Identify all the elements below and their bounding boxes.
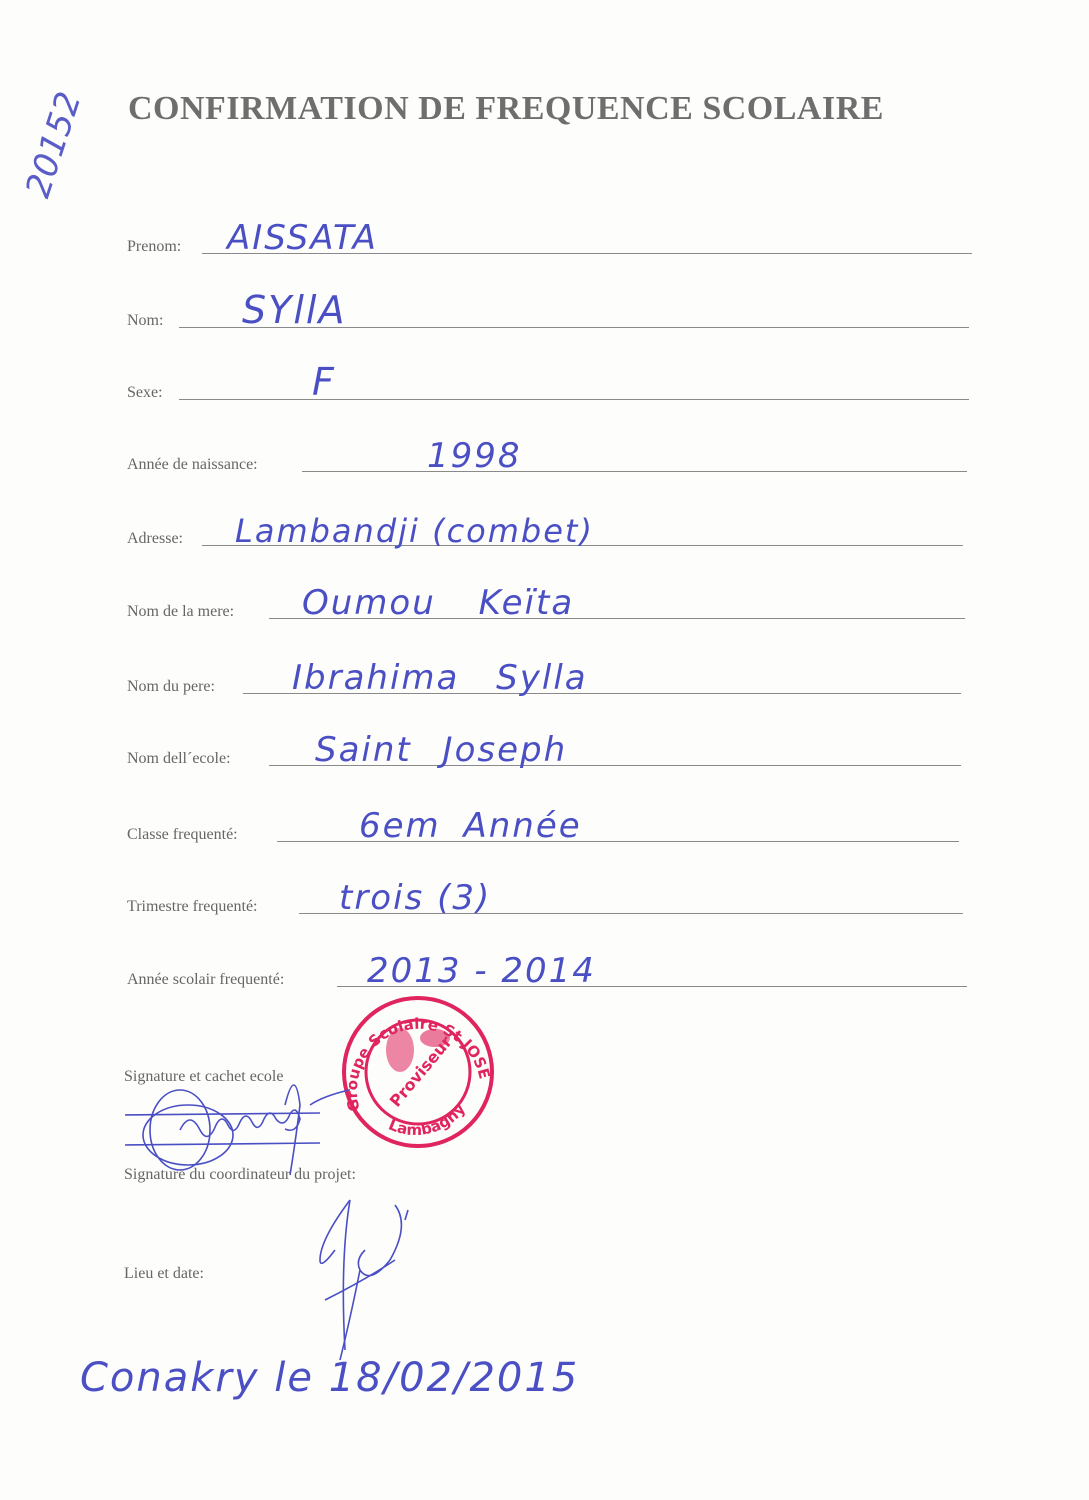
reference-number: 20152	[18, 87, 89, 202]
coordinator-signature	[285, 1190, 435, 1370]
field-value: Saint Joseph	[315, 730, 567, 770]
school-signature	[120, 1075, 350, 1185]
field-line	[179, 399, 969, 400]
field-label: Sexe:	[127, 384, 163, 402]
field-value: Ibrahima Sylla	[292, 658, 588, 698]
school-stamp: Groupe Scolaire St JOSEPH Lambagny Provi…	[330, 990, 500, 1150]
field-label: Nom:	[127, 312, 163, 330]
field-sexe: Sexe: F	[127, 368, 969, 408]
field-adresse: Adresse: Lambandji (combet)	[127, 514, 963, 554]
field-annee-scolaire: Année scolair frequenté: 2013 - 2014	[127, 955, 967, 995]
field-label: Trimestre frequenté:	[127, 898, 257, 916]
place-date-label: Lieu et date:	[124, 1265, 204, 1283]
field-value: SYllA	[242, 288, 346, 332]
field-value: F	[312, 360, 336, 404]
field-label: Prenom:	[127, 238, 181, 256]
field-value: Oumou Keïta	[302, 583, 574, 623]
document-page: 20152 CONFIRMATION DE FREQUENCE SCOLAIRE…	[0, 0, 1089, 1500]
field-value: AISSATA	[227, 218, 378, 258]
field-label: Classe frequenté:	[127, 826, 238, 844]
field-trimestre: Trimestre frequenté: trois (3)	[127, 882, 963, 922]
field-label: Nom de la mere:	[127, 603, 234, 621]
field-value: trois (3)	[339, 878, 491, 918]
field-line	[302, 471, 967, 472]
field-nom-mere: Nom de la mere: Oumou Keïta	[127, 587, 965, 627]
field-nom-pere: Nom du pere: Ibrahima Sylla	[127, 662, 961, 702]
field-classe: Classe frequenté: 6em Année	[127, 810, 959, 850]
field-annee-naissance: Année de naissance: 1998	[127, 440, 967, 480]
field-label: Année de naissance:	[127, 456, 258, 474]
field-label: Nom dell´ecole:	[127, 750, 231, 768]
field-value: 1998	[427, 436, 522, 476]
field-value: 2013 - 2014	[367, 951, 596, 991]
field-prenom: Prenom: AISSATA	[127, 222, 972, 262]
field-value: Lambandji (combet)	[235, 512, 594, 550]
field-value: 6em Année	[359, 806, 582, 846]
field-label: Nom du pere:	[127, 678, 215, 696]
field-nom-ecole: Nom dell´ecole: Saint Joseph	[127, 734, 961, 774]
document-title: CONFIRMATION DE FREQUENCE SCOLAIRE	[128, 90, 884, 128]
field-label: Adresse:	[127, 530, 183, 548]
field-nom: Nom: SYllA	[127, 296, 969, 336]
place-date-value: Conakry le 18/02/2015	[80, 1355, 579, 1401]
field-label: Année scolair frequenté:	[127, 971, 284, 989]
